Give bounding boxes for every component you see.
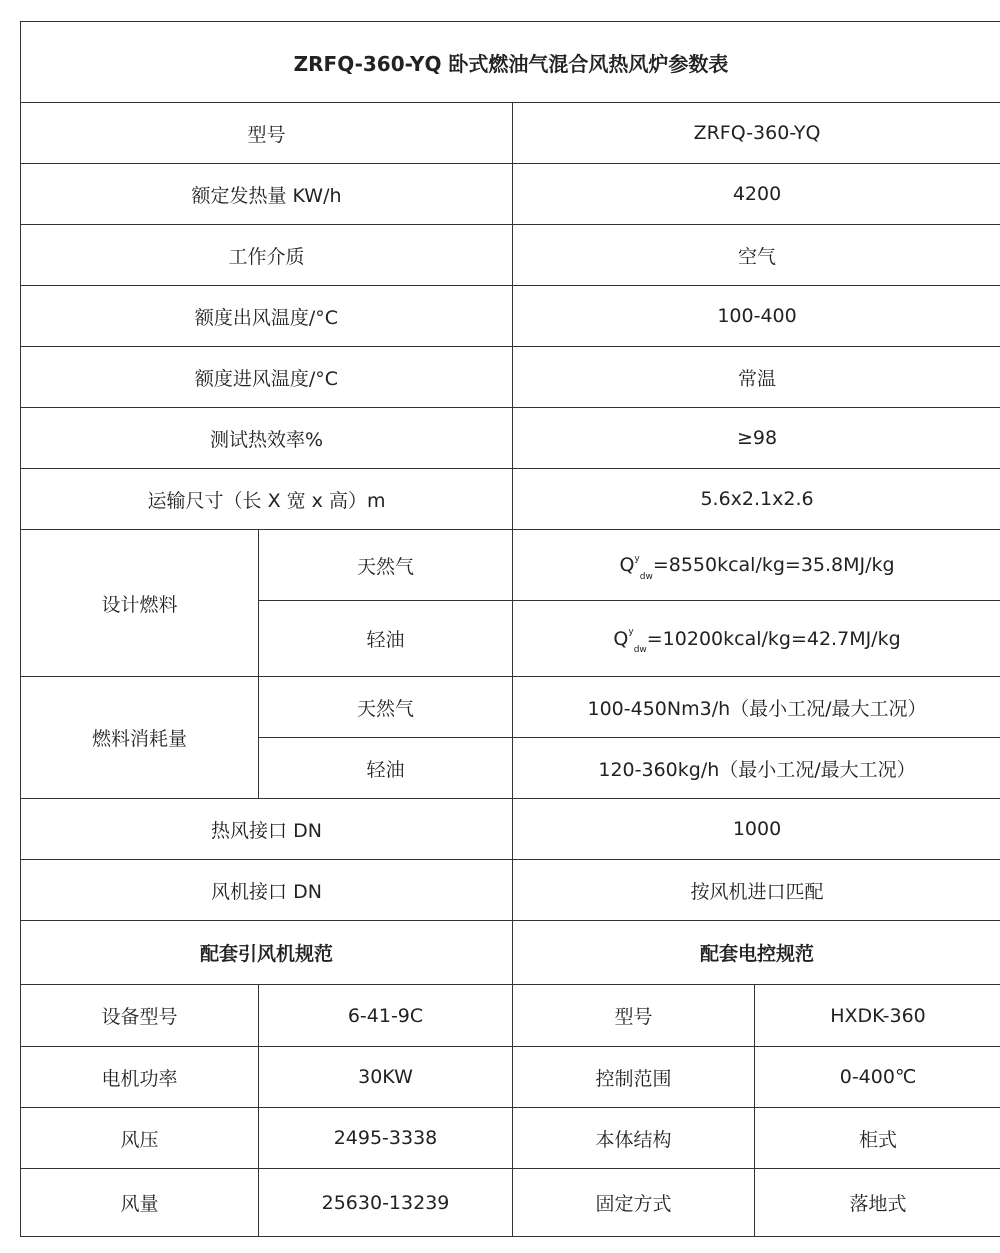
row-label: 额定发热量 KW/h xyxy=(21,164,513,225)
table-row: 工作介质 空气 xyxy=(21,225,1000,286)
row-label: 额度进风温度/°C xyxy=(21,347,513,408)
row-label: 热风接口 DN xyxy=(21,799,513,860)
fuel-consumption-label: 燃料消耗量 xyxy=(21,677,259,799)
table-title: ZRFQ-360-YQ 卧式燃油气混合风热风炉参数表 xyxy=(21,22,1000,103)
row-label: 运输尺寸（长 X 宽 x 高）m xyxy=(21,469,513,530)
fan-value: 6-41-9C xyxy=(259,985,513,1047)
fuel-type: 轻油 xyxy=(259,738,513,799)
row-value: 5.6x2.1x2.6 xyxy=(513,469,1000,530)
consumption-value: 100-450Nm3/h（最小工况/最大工况） xyxy=(513,677,1000,738)
table-row: 额度进风温度/°C 常温 xyxy=(21,347,1000,408)
control-label: 控制范围 xyxy=(513,1047,755,1108)
control-value: 0-400℃ xyxy=(755,1047,1000,1108)
fuel-heat-value: Qydw=10200kcal/kg=42.7MJ/kg xyxy=(513,601,1000,677)
fuel-type: 天然气 xyxy=(259,530,513,601)
table-row: 风压 2495-3338 本体结构 柜式 xyxy=(21,1108,1000,1169)
table-row: 额定发热量 KW/h 4200 xyxy=(21,164,1000,225)
row-label: 型号 xyxy=(21,103,513,164)
section-header-row: 配套引风机规范 配套电控规范 xyxy=(21,921,1000,985)
table-row: 额度出风温度/°C 100-400 xyxy=(21,286,1000,347)
fan-label: 风压 xyxy=(21,1108,259,1169)
row-value: 4200 xyxy=(513,164,1000,225)
fan-label: 风量 xyxy=(21,1169,259,1237)
table-row: 设计燃料 天然气 Qydw=8550kcal/kg=35.8MJ/kg xyxy=(21,530,1000,601)
design-fuel-label: 设计燃料 xyxy=(21,530,259,677)
table-row: 测试热效率% ≥98 xyxy=(21,408,1000,469)
control-value: 柜式 xyxy=(755,1108,1000,1169)
fuel-heat-value: Qydw=8550kcal/kg=35.8MJ/kg xyxy=(513,530,1000,601)
table-row: 运输尺寸（长 X 宽 x 高）m 5.6x2.1x2.6 xyxy=(21,469,1000,530)
row-label: 风机接口 DN xyxy=(21,860,513,921)
fan-label: 电机功率 xyxy=(21,1047,259,1108)
row-value: 100-400 xyxy=(513,286,1000,347)
parameter-table: ZRFQ-360-YQ 卧式燃油气混合风热风炉参数表 型号 ZRFQ-360-Y… xyxy=(20,21,1000,1237)
table-row: 设备型号 6-41-9C 型号 HXDK-360 xyxy=(21,985,1000,1047)
control-section-header: 配套电控规范 xyxy=(513,921,1000,985)
table-row: 型号 ZRFQ-360-YQ xyxy=(21,103,1000,164)
fan-value: 25630-13239 xyxy=(259,1169,513,1237)
table-row: 电机功率 30KW 控制范围 0-400℃ xyxy=(21,1047,1000,1108)
row-value: 按风机进口匹配 xyxy=(513,860,1000,921)
table-row: 燃料消耗量 天然气 100-450Nm3/h（最小工况/最大工况） xyxy=(21,677,1000,738)
row-label: 工作介质 xyxy=(21,225,513,286)
control-label: 固定方式 xyxy=(513,1169,755,1237)
fan-label: 设备型号 xyxy=(21,985,259,1047)
row-value: 空气 xyxy=(513,225,1000,286)
table-row: 热风接口 DN 1000 xyxy=(21,799,1000,860)
row-value: ZRFQ-360-YQ xyxy=(513,103,1000,164)
table-row: 风机接口 DN 按风机进口匹配 xyxy=(21,860,1000,921)
row-value: 1000 xyxy=(513,799,1000,860)
row-label: 额度出风温度/°C xyxy=(21,286,513,347)
row-label: 测试热效率% xyxy=(21,408,513,469)
control-value: 落地式 xyxy=(755,1169,1000,1237)
control-label: 本体结构 xyxy=(513,1108,755,1169)
fan-section-header: 配套引风机规范 xyxy=(21,921,513,985)
row-value: ≥98 xyxy=(513,408,1000,469)
control-value: HXDK-360 xyxy=(755,985,1000,1047)
control-label: 型号 xyxy=(513,985,755,1047)
fuel-type: 轻油 xyxy=(259,601,513,677)
row-value: 常温 xyxy=(513,347,1000,408)
fan-value: 2495-3338 xyxy=(259,1108,513,1169)
fuel-type: 天然气 xyxy=(259,677,513,738)
consumption-value: 120-360kg/h（最小工况/最大工况） xyxy=(513,738,1000,799)
table-row: 风量 25630-13239 固定方式 落地式 xyxy=(21,1169,1000,1237)
fan-value: 30KW xyxy=(259,1047,513,1108)
